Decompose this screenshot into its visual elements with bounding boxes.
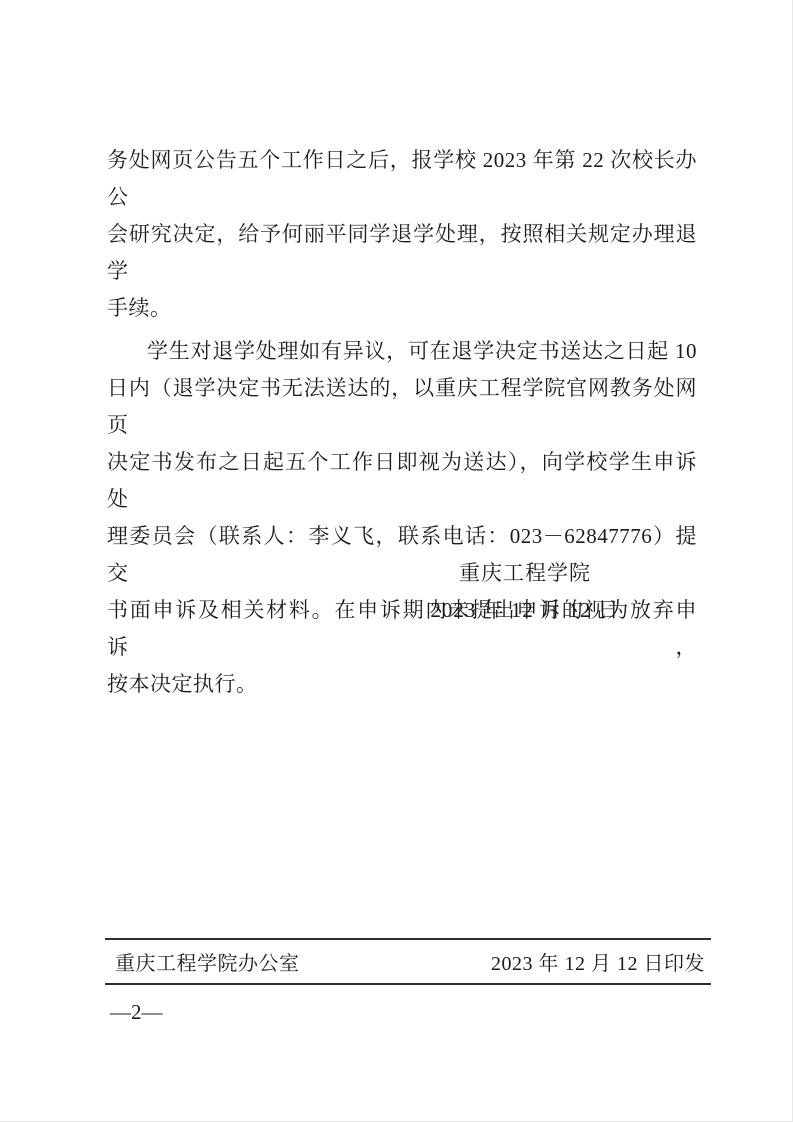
signature-org: 重庆工程学院 — [380, 555, 670, 592]
text-line: 按本决定执行。 — [107, 666, 697, 703]
text-line: 日内（退学决定书无法送达的，以重庆工程学院官网教务处网页 — [107, 370, 697, 444]
document-page: 务处网页公告五个工作日之后，报学校 2023 年第 22 次校长办公 会研究决定… — [0, 0, 793, 1122]
text-line: 会研究决定，给予何丽平同学退学处理，按照相关规定办理退学 — [107, 216, 697, 290]
footer-issuer: 重庆工程学院办公室 — [115, 947, 300, 976]
text-line: 决定书发布之日起五个工作日即视为送达），向学校学生申诉处 — [107, 444, 697, 518]
footer-colophon: 重庆工程学院办公室 2023 年 12 月 12 日印发 — [105, 938, 711, 985]
footer-print-date: 2023 年 12 月 12 日印发 — [491, 947, 705, 976]
text-line: 学生对退学处理如有异议，可在退学决定书送达之日起 10 — [107, 333, 697, 370]
paragraph-2: 学生对退学处理如有异议，可在退学决定书送达之日起 10 日内（退学决定书无法送达… — [107, 333, 697, 703]
text-line: 手续。 — [107, 290, 697, 327]
page-number: —2— — [110, 1000, 163, 1025]
paragraph-1: 务处网页公告五个工作日之后，报学校 2023 年第 22 次校长办公 会研究决定… — [107, 142, 697, 327]
signature-date: 2023 年 12 月 12 日 — [380, 592, 670, 629]
signature-block: 重庆工程学院 2023 年 12 月 12 日 — [380, 555, 670, 629]
text-line: 务处网页公告五个工作日之后，报学校 2023 年第 22 次校长办公 — [107, 142, 697, 216]
